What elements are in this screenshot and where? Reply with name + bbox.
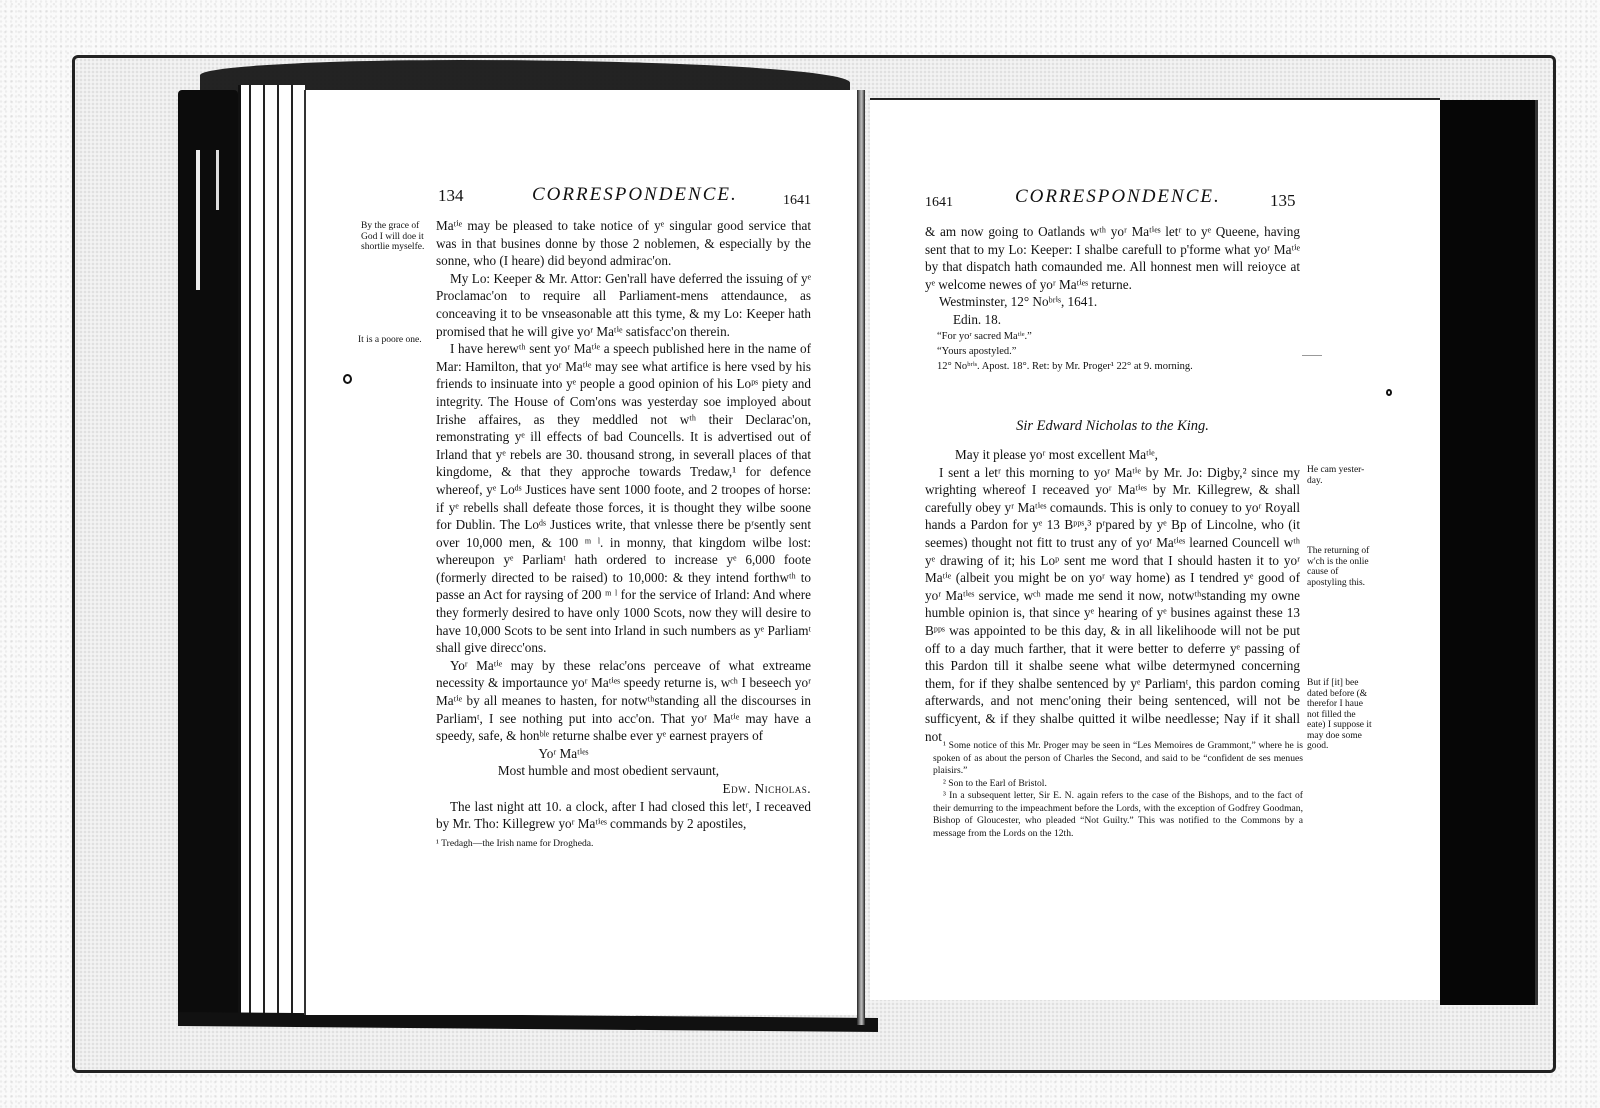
left-year: 1641: [783, 193, 811, 209]
left-page-number: 134: [438, 186, 464, 206]
paragraph: Yoʳ Maᵗⁱᵉ may by these relac'ons perceav…: [436, 657, 811, 745]
margin-note: He cam yester-day.: [1307, 465, 1377, 486]
page-mark: [343, 374, 352, 384]
left-running-title: CORRESPONDENCE.: [532, 184, 738, 206]
right-running-title: CORRESPONDENCE.: [1015, 186, 1221, 208]
footnote: ¹ Some notice of this Mr. Proger may be …: [933, 740, 1303, 778]
rule: [1302, 355, 1322, 356]
left-page-body: Maᵗⁱᵉ may be pleased to take notice of y…: [436, 217, 811, 833]
paragraph: My Lo: Keeper & Mr. Attor: Gen'rall have…: [436, 270, 811, 340]
right-page-number: 135: [1270, 191, 1296, 211]
running-title-text: CORRESPONDENCE.: [532, 184, 738, 205]
running-title-text: CORRESPONDENCE.: [1015, 186, 1221, 207]
book-edge-right: [1535, 100, 1538, 1005]
paragraph: I have herewᵗʰ sent yoʳ Maᵗⁱᵉ a speech p…: [436, 340, 811, 657]
margin-note: It is a poore one.: [358, 335, 424, 346]
quote: “For yoʳ sacred Maᵗⁱᵉ.”: [925, 329, 1300, 344]
book-spine-left: [178, 90, 238, 1025]
footnote: ³ In a subsequent letter, Sir E. N. agai…: [933, 790, 1303, 840]
page-mark: [1386, 389, 1392, 396]
margin-note: But if [it] bee dated before (& therefor…: [1307, 678, 1375, 752]
page-leaves-left: [238, 85, 307, 1015]
signature: Edw. Nicholas.: [436, 780, 811, 798]
docket: 12° Noᵇʳⁱˢ. Apost. 18°. Ret: by Mr. Prog…: [925, 359, 1300, 374]
footnote: ² Son to the Earl of Bristol.: [933, 778, 1303, 791]
paragraph: & am now going to Oatlands wᵗʰ yoʳ Maᵗⁱᵉ…: [925, 223, 1300, 293]
salutation: May it please yoʳ most excellent Maᵗⁱᵉ,: [925, 446, 1300, 464]
margin-note: By the grace of God I will doe it shortl…: [361, 221, 431, 253]
right-year: 1641: [925, 195, 953, 211]
letter-heading: Sir Edward Nicholas to the King.: [925, 418, 1300, 435]
dateline: Westminster, 12° Noᵇʳⁱˢ, 1641.: [925, 293, 1300, 311]
endorsement: Edin. 18.: [925, 311, 1300, 329]
right-letter-body: May it please yoʳ most excellent Maᵗⁱᵉ, …: [925, 446, 1300, 745]
quote: “Yours apostyled.”: [925, 344, 1300, 359]
right-footnotes: ¹ Some notice of this Mr. Proger may be …: [933, 740, 1303, 840]
paragraph: Maᵗⁱᵉ may be pleased to take notice of y…: [436, 217, 811, 270]
book-spine-right: [1440, 100, 1535, 1005]
book-gutter: [857, 90, 865, 1025]
paragraph: I sent a letʳ this morning to yoʳ Maᵗⁱᵉ …: [925, 464, 1300, 746]
left-footnote: ¹ Tredagh—the Irish name for Drogheda.: [436, 838, 811, 851]
margin-note: The returning of w'ch is the onlie cause…: [1307, 546, 1375, 588]
closing-line: Yoʳ Maᵗⁱᵉˢ: [436, 745, 811, 763]
right-page-top-text: & am now going to Oatlands wᵗʰ yoʳ Maᵗⁱᵉ…: [925, 223, 1300, 374]
closing-line: Most humble and most obedient servaunt,: [436, 762, 811, 780]
postscript: The last night att 10. a clock, after I …: [436, 798, 811, 833]
